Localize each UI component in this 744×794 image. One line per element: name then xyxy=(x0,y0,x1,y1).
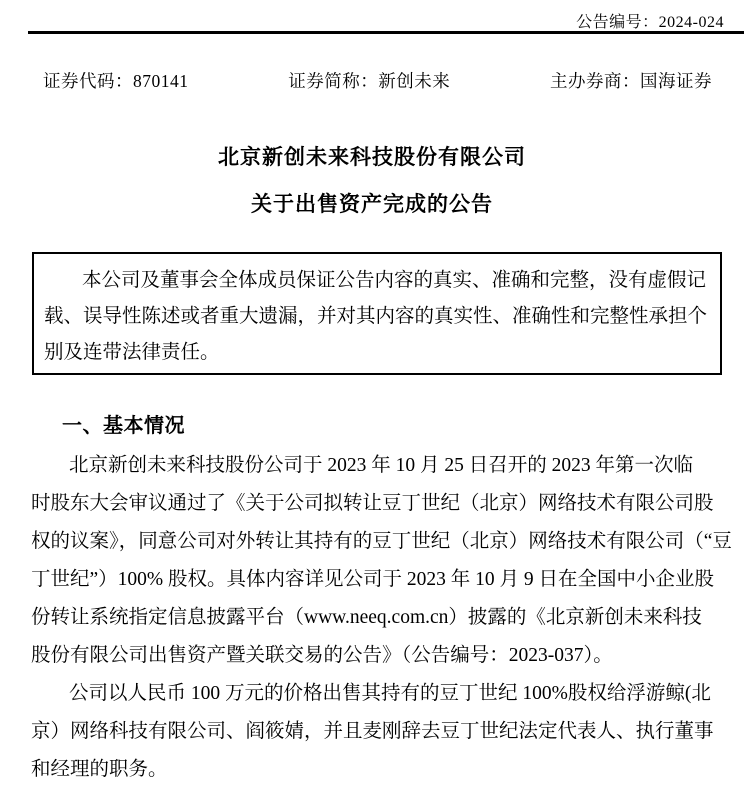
body-line: 北京新创未来科技股份公司于 2023 年 10 月 25 日召开的 2023 年… xyxy=(31,447,723,485)
document-title-line2: 关于出售资产完成的公告 xyxy=(0,188,744,218)
body-line: 份转让系统指定信息披露平台（www.neeq.com.cn）披露的《北京新创未来… xyxy=(31,599,723,637)
body-line: 和经理的职务。 xyxy=(31,751,723,789)
body-line: 股份有限公司出售资产暨关联交易的公告》（公告编号：2023-037）。 xyxy=(31,637,723,675)
disclaimer-line: 别及连带法律责任。 xyxy=(44,335,712,371)
announcement-document-page: 公告编号：2024-024 证券代码：870141 证券简称：新创未来 主办券商… xyxy=(0,0,744,794)
disclaimer-line: 本公司及董事会全体成员保证公告内容的真实、准确和完整，没有虚假记 xyxy=(44,263,712,299)
disclaimer-line: 载、误导性陈述或者重大遗漏，并对其内容的真实性、准确性和完整性承担个 xyxy=(44,299,712,335)
body-line: 时股东大会审议通过了《关于公司拟转让豆丁世纪（北京）网络技术有限公司股 xyxy=(31,485,723,523)
securities-code: 证券代码：870141 xyxy=(43,68,189,93)
body-line: 京）网络科技有限公司、阎筱婧，并且麦刚辞去豆丁世纪法定代表人、执行董事 xyxy=(31,713,723,751)
header-divider-rule xyxy=(28,31,744,34)
body-line: 权的议案》，同意公司对外转让其持有的豆丁世纪（北京）网络技术有限公司（“豆 xyxy=(31,523,723,561)
section-heading-basic-info: 一、基本情况 xyxy=(62,409,185,438)
securities-short-name: 证券简称：新创未来 xyxy=(288,68,450,93)
sponsor-broker: 主办券商：国海证券 xyxy=(550,68,712,93)
announcement-number: 公告编号：2024-024 xyxy=(576,9,724,32)
section-body-text: 北京新创未来科技股份公司于 2023 年 10 月 25 日召开的 2023 年… xyxy=(31,447,723,789)
disclaimer-box: 本公司及董事会全体成员保证公告内容的真实、准确和完整，没有虚假记 载、误导性陈述… xyxy=(32,252,722,375)
body-line: 公司以人民币 100 万元的价格出售其持有的豆丁世纪 100%股权给浮游鲸(北 xyxy=(31,675,723,713)
document-title-line1: 北京新创未来科技股份有限公司 xyxy=(0,141,744,171)
securities-info-row: 证券代码：870141 证券简称：新创未来 主办券商：国海证券 xyxy=(43,68,712,93)
body-line: 丁世纪”）100% 股权。具体内容详见公司于 2023 年 10 月 9 日在全… xyxy=(31,561,723,599)
